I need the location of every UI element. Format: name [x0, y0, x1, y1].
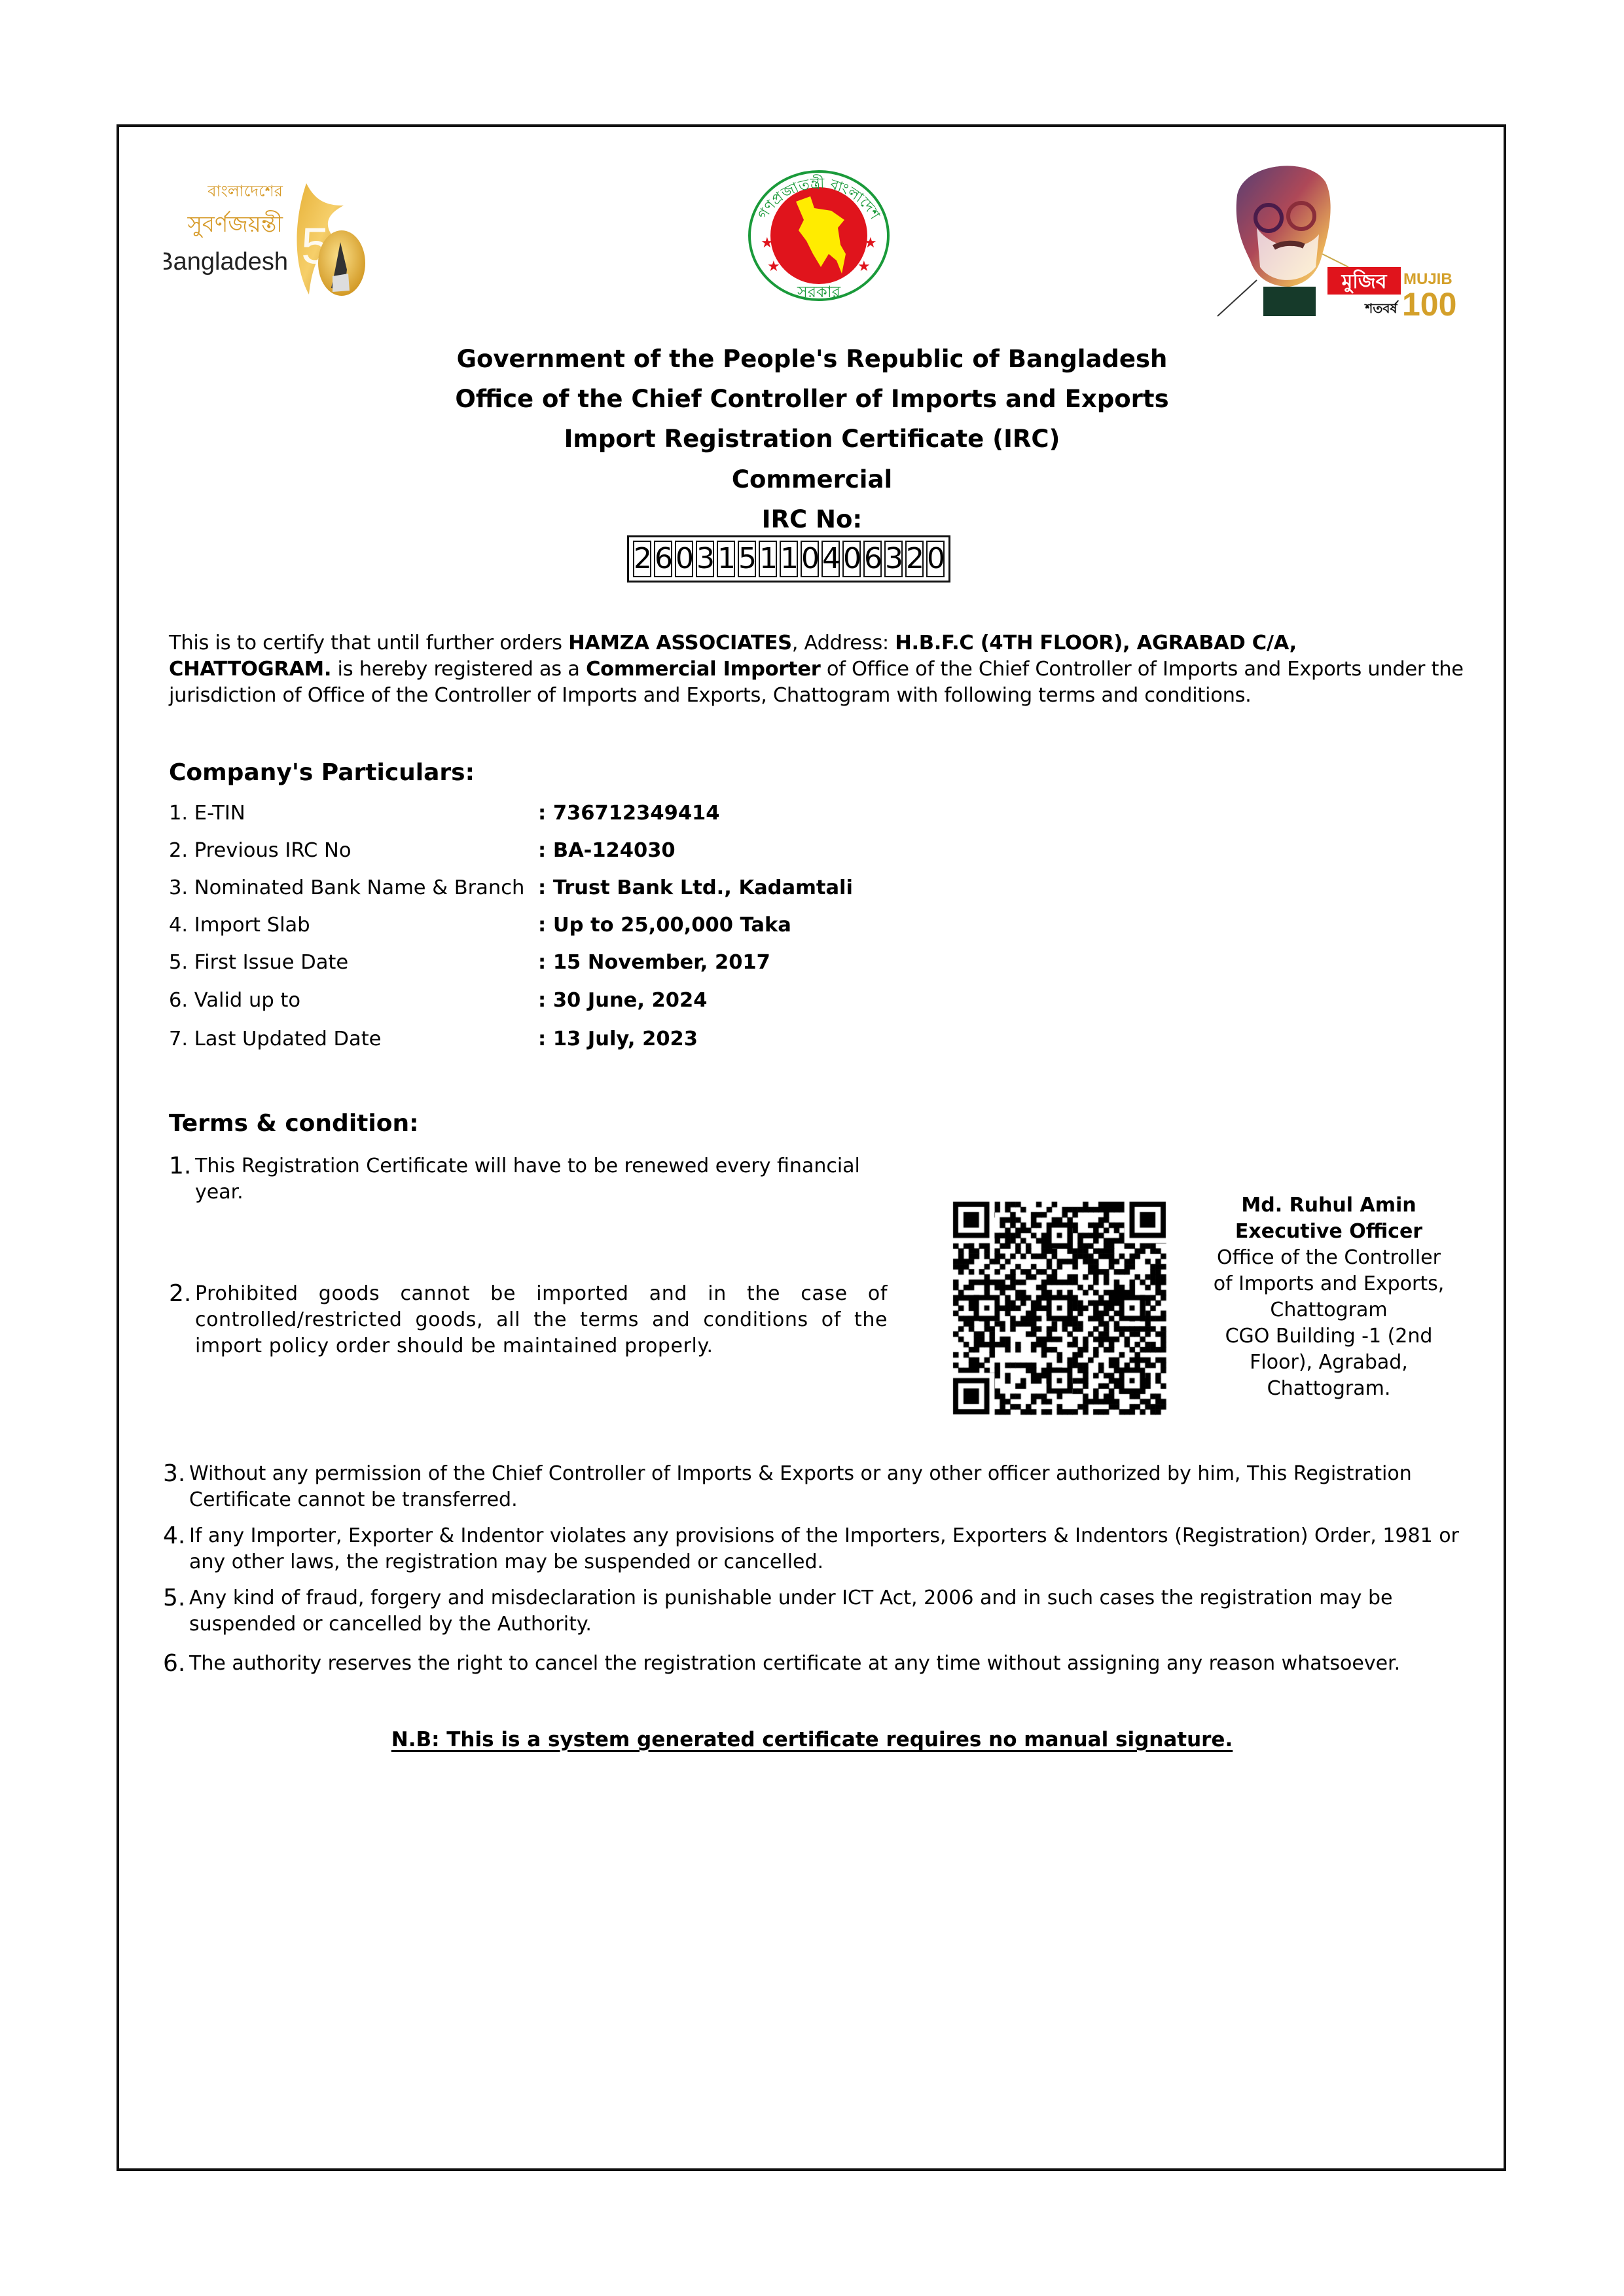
system-generated-note: N.B: This is a system generated certific…: [0, 1728, 1624, 1751]
term-number: 6.: [163, 1651, 189, 1677]
signatory-office: Chattogram: [1204, 1297, 1453, 1323]
svg-text:★: ★: [857, 259, 871, 275]
particulars-row: 3. Nominated Bank Name & Branch: Trust B…: [169, 874, 1216, 903]
svg-text:Bangladesh: Bangladesh: [164, 248, 288, 276]
term-text: The authority reserves the right to canc…: [189, 1651, 1466, 1677]
irc-digit: 1: [717, 541, 735, 577]
golden-jubilee-emblem-icon: 5 বাংলাদেশের সুবর্ণজয়ন্তী Bangladesh: [164, 171, 439, 302]
irc-digit: 0: [842, 541, 861, 577]
signatory-address: Floor), Agrabad,: [1204, 1350, 1453, 1376]
term-item: 2. Prohibited goods cannot be imported a…: [169, 1281, 888, 1359]
particulars-label: 1. E-TIN: [169, 799, 245, 828]
header-office: Office of the Chief Controller of Import…: [0, 385, 1624, 414]
particulars-label: 5. First Issue Date: [169, 948, 348, 977]
certify-text: This is to certify that until further or…: [169, 632, 568, 655]
svg-text:সরকার: সরকার: [797, 283, 841, 301]
signatory-address: CGO Building -1 (2nd: [1204, 1323, 1453, 1350]
particulars-value: : 15 November, 2017: [538, 948, 770, 977]
irc-digit: 2: [905, 541, 924, 577]
svg-text:সুবর্ণজয়ন্তী: সুবর্ণজয়ন্তী: [187, 210, 283, 238]
particulars-value: : 13 July, 2023: [538, 1025, 698, 1054]
irc-digit: 6: [863, 541, 882, 577]
signatory-office: of Imports and Exports,: [1204, 1271, 1453, 1297]
signatory-block: Md. Ruhul Amin Executive Officer Office …: [1204, 1193, 1453, 1402]
certificate-category: Commercial: [732, 465, 892, 494]
particulars-row: 5. First Issue Date: 15 November, 2017: [169, 948, 1216, 977]
header-line-government: Government of the People's Republic of B…: [457, 345, 1168, 374]
header-certificate-title: Import Registration Certificate (IRC): [0, 425, 1624, 454]
certificate-title: Import Registration Certificate (IRC): [564, 425, 1060, 454]
header-category: Commercial: [0, 465, 1624, 494]
particulars-label: 2. Previous IRC No: [169, 836, 352, 865]
particulars-row: 7. Last Updated Date: 13 July, 2023: [169, 1025, 1216, 1054]
particulars-label: 7. Last Updated Date: [169, 1025, 381, 1054]
term-number: 1.: [169, 1153, 195, 1206]
irc-number-label: IRC No:: [762, 505, 862, 534]
svg-text:★: ★: [761, 235, 774, 251]
term-item: 3. Without any permission of the Chief C…: [163, 1461, 1466, 1513]
term-number: 4.: [163, 1523, 189, 1575]
term-item: 6. The authority reserves the right to c…: [163, 1651, 1466, 1677]
company-name: HAMZA ASSOCIATES: [568, 632, 792, 655]
svg-text:100: 100: [1402, 286, 1456, 319]
particulars-row: 1. E-TIN: 736712349414: [169, 799, 1216, 828]
government-seal-logo: গণপ্রজাতন্ত্রী বাংলাদেশ সরকার ★ ★ ★ ★: [733, 162, 905, 308]
term-number: 5.: [163, 1585, 189, 1638]
irc-digit: 1: [780, 541, 798, 577]
irc-digit: 0: [801, 541, 819, 577]
term-item: 5. Any kind of fraud, forgery and misdec…: [163, 1585, 1466, 1638]
term-text: Without any permission of the Chief Cont…: [189, 1461, 1466, 1513]
header-government: Government of the People's Republic of B…: [0, 345, 1624, 374]
particulars-value: : Trust Bank Ltd., Kadamtali: [538, 874, 853, 903]
particulars-row: 6. Valid up to: 30 June, 2024: [169, 986, 1216, 1015]
svg-text:মুজিব: মুজিব: [1341, 269, 1388, 294]
certify-text: is hereby registered as a: [331, 658, 586, 681]
term-text: Prohibited goods cannot be imported and …: [195, 1281, 888, 1359]
terms-heading: Terms & condition:: [169, 1110, 418, 1137]
qr-code-icon: [928, 1177, 1170, 1419]
header-line-office: Office of the Chief Controller of Import…: [455, 385, 1168, 414]
certification-statement: This is to certify that until further or…: [169, 630, 1465, 709]
irc-digit: 3: [696, 541, 714, 577]
particulars-value: : BA-124030: [538, 836, 676, 865]
irc-digit: 2: [633, 541, 651, 577]
term-text: This Registration Certificate will have …: [195, 1153, 879, 1206]
irc-digit: 5: [738, 541, 756, 577]
signatory-designation: Executive Officer: [1204, 1219, 1453, 1245]
particulars-heading: Company's Particulars:: [169, 759, 475, 786]
particulars-row: 2. Previous IRC No: BA-124030: [169, 836, 1216, 865]
particulars-value: : 736712349414: [538, 799, 719, 828]
signatory-office: Office of the Controller: [1204, 1245, 1453, 1271]
irc-label: IRC No:: [0, 505, 1624, 534]
particulars-value: : Up to 25,00,000 Taka: [538, 911, 791, 940]
irc-digit: 3: [884, 541, 903, 577]
particulars-label: 3. Nominated Bank Name & Branch: [169, 874, 524, 903]
term-item: 4. If any Importer, Exporter & Indentor …: [163, 1523, 1472, 1575]
irc-digit: 4: [821, 541, 840, 577]
irc-digit: 0: [926, 541, 945, 577]
term-item: 1. This Registration Certificate will ha…: [169, 1153, 879, 1206]
certify-text: , Address:: [792, 632, 895, 655]
government-seal-icon: গণপ্রজাতন্ত্রী বাংলাদেশ সরকার ★ ★ ★ ★: [733, 162, 905, 308]
term-number: 3.: [163, 1461, 189, 1513]
irc-digit: 1: [759, 541, 777, 577]
mujib-100-logo: মুজিব শতবর্ষ MUJIB 100: [1211, 156, 1460, 319]
term-text: Any kind of fraud, forgery and misdeclar…: [189, 1585, 1466, 1638]
verification-qr-code[interactable]: [928, 1177, 1170, 1419]
svg-text:★: ★: [767, 259, 780, 275]
term-text: If any Importer, Exporter & Indentor vio…: [189, 1523, 1472, 1575]
svg-text:★: ★: [864, 235, 877, 251]
svg-text:বাংলাদেশের: বাংলাদেশের: [207, 182, 283, 200]
signatory-address: Chattogram.: [1204, 1376, 1453, 1402]
term-number: 2.: [169, 1281, 195, 1359]
particulars-label: 6. Valid up to: [169, 986, 300, 1015]
signatory-name: Md. Ruhul Amin: [1204, 1193, 1453, 1219]
particulars-label: 4. Import Slab: [169, 911, 310, 940]
irc-number-box: 260315110406320: [627, 535, 950, 583]
particulars-row: 4. Import Slab: Up to 25,00,000 Taka: [169, 911, 1216, 940]
registration-category: Commercial Importer: [586, 658, 820, 681]
svg-text:MUJIB: MUJIB: [1403, 270, 1453, 288]
irc-digit: 0: [675, 541, 693, 577]
particulars-value: : 30 June, 2024: [538, 986, 707, 1015]
irc-digit: 6: [654, 541, 672, 577]
golden-jubilee-logo: 5 বাংলাদেশের সুবর্ণজয়ন্তী Bangladesh: [164, 171, 439, 302]
mujib-portrait-icon: মুজিব শতবর্ষ MUJIB 100: [1211, 156, 1460, 319]
svg-text:শতবর্ষ: শতবর্ষ: [1364, 300, 1399, 316]
